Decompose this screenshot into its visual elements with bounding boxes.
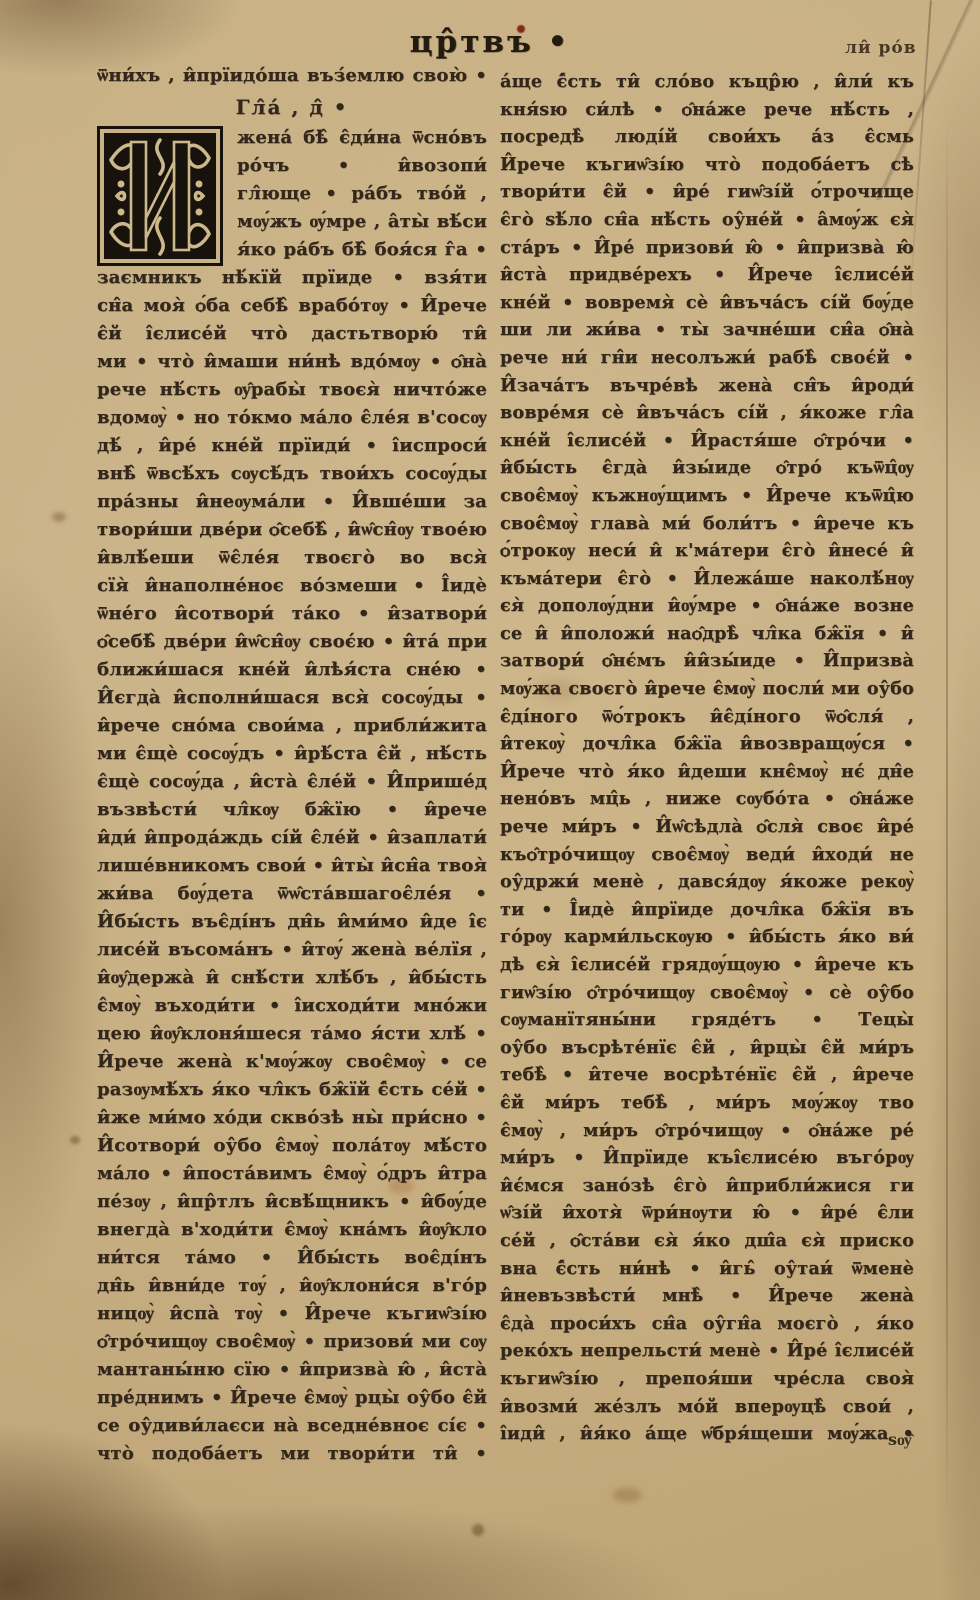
text-line: ми • что̀ и̂маши ни́нѣ вдо́мѹ • ѻ̂на̀ xyxy=(97,348,487,376)
text-line: ста́ръ • И̂ре́ призови́ ю̂ • и̂призва̀ ю… xyxy=(500,234,914,262)
text-line: своє̂мѹ̀ къжнѹ́щимъ • И̂рече къѿц̂ю xyxy=(500,482,914,510)
text-line: ницѹ̀ и̂спа̀ тѹ̀ • И̂рече къгиѡ̂зі́ю xyxy=(97,1300,487,1328)
text-line: нено́въ мц̂ь , ниже сѹбо́та • ѻ̂на́же xyxy=(500,785,914,813)
text-line: вдомѹ̀ • но то́кмо ма́ло є̂ле́я в'сосѹ xyxy=(97,404,487,432)
text-line: И̂рече жена̀ к'мѹ́жѹ своє̂мѹ̀ • се оу̂бо xyxy=(97,1048,487,1076)
text-line: дѣ єя̀ і̂єлисе́й грядѹ́щѹю • и̂рече къ xyxy=(500,951,914,979)
text-line: вовре́мя сѐ и̂въча́съ сі́й , я́коже гл̂а xyxy=(500,399,914,427)
text-line: И̂бы́сть въє̂ді́нъ дн̂ь и̂ми́мо и̂де і̂є xyxy=(97,908,487,936)
text-line: жи́ва бѹ́дета ѿѡ̂ста́вшагоє̂ле́я • xyxy=(97,880,487,908)
text-line: се оу̂диви́лаєси на̀ вседне́вноє сі́є • xyxy=(97,1412,487,1440)
text-line: и̂текѹ̀ дочл̂ка бж̂їа и̂возвращѹ́ся • xyxy=(500,730,914,758)
text-line: і̂иди̂ , и̂я́ко а́ще ѡ̂бря́щеши мѹ́жа • xyxy=(500,1420,914,1448)
paper-stain xyxy=(70,1136,80,1144)
text-line: ближи́шася кне́й и̂лѣя́ста сне́ю • xyxy=(97,656,487,684)
text-line: внѣ̂ ѿвсѣ́хъ сѹсѣ́дъ твои́хъ сосѹ́ды xyxy=(97,460,487,488)
text-line: ни́тся та́мо • И̂бы́сть воє̂ді́нъ xyxy=(97,1244,487,1272)
text-line: реко́хъ непрельсти́ менѐ • И̂ре́ і̂єлисе… xyxy=(500,1337,914,1365)
text-line: и̂ѹ̂держа̀ и̂ снѣ́сти хлѣ́бъ , и̂бы́сть xyxy=(97,964,487,992)
text-line: разѹмѣ́хъ я́ко чл̂къ бж̂їй є̂́сть се́й • xyxy=(97,1076,487,1104)
text-line: рече нѣ́сть ѹ̂рабы̀ твоєя̀ ничто́же xyxy=(97,376,487,404)
left-column-lines: заємникъ нѣ́кїй прїиде • взя́тисн̂а моя̀… xyxy=(97,264,487,1468)
text-line: є̂щѐ сосѹ́да , и̂ста̀ є̂ле́й • И̂прише́д xyxy=(97,768,487,796)
text-line: рече ми́ръ • И̂ѡ̂сѣдла̀ ѻ̂сля̀ своє и̂ре… xyxy=(500,813,914,841)
text-line: ѡ̂зі́й и̂хотя̀ ѿри́нѹти ю̂ • и̂ре́ є̂ли xyxy=(500,1199,914,1227)
text-line: дн̂ь и̂вни́де тѹ́ , и̂ѹ̂клони́ся в'го́р xyxy=(97,1272,487,1300)
dropcap-paragraph: жена́ бѣ̂ є̂ди́на ѿсно́въ проро́чъ • и̂в… xyxy=(97,124,487,264)
paper-crease xyxy=(946,120,948,1520)
text-line: мѹ́жъ ѹ́мре , а̂ты̀ вѣ́си xyxy=(237,208,487,236)
text-line: гл̂юще • ра́бъ тво́й , а̂мо́й xyxy=(237,180,487,208)
text-line: что̀ подоба́етъ ми твори́ти ти̂ • xyxy=(97,1440,487,1468)
text-line: възвѣсти́ чл̂кѹ бж̂їю • и̂рече є̂лисе́й xyxy=(97,796,487,824)
text-line: тебѣ̀ • и̂тече восрѣте́нїє є̂й , и̂рече xyxy=(500,1061,914,1089)
text-line: кне́й • вовремя̀ сѐ и̂въча́съ сі́й бѹ́де xyxy=(500,289,914,317)
text-line: пе́зѹ , и̂пр̂тлъ и̂свѣ́щникъ • и̂бѹ́де xyxy=(97,1188,487,1216)
text-line: и̂ста̀ придве́рехъ • И̂рече і̂єлисе́й xyxy=(500,261,914,289)
text-line: оу̂држи́ менѐ , дався́дѹ я́коже рекѹ̀ xyxy=(500,868,914,896)
text-line: ши ли жи́ва • ты̀ зачне́ши сн̂а ѻ̂на̀ xyxy=(500,316,914,344)
text-line: сн̂а моя̀ ѻ́ба себѣ̂ врабо́тѹ • И̂рече xyxy=(97,292,487,320)
text-line: внегда̀ в'ходи́ти є̂мѹ̀ кна́мъ и̂ѹ̂кло xyxy=(97,1216,487,1244)
text-line: є̂мѹ̀ въходи́ти • і̂исходи́ти мно́жи xyxy=(97,992,487,1020)
text-line: ѻ̂тро́чищѹ своє̂мѹ̀ • призови́ ми сѹ xyxy=(97,1328,487,1356)
text-line: ми́ръ • И̂прїиде къі̂єлисе́ю въго́рѹ xyxy=(500,1144,914,1172)
text-line: и̂возми́ же́злъ мо́й вперѹцѣ̀ свои́ , xyxy=(500,1393,914,1421)
text-line: и̂же ми́мо хо́ди скво́зѣ ны̀ при́сно • xyxy=(97,1104,487,1132)
text-line: своє̂мѹ̀ глава̀ ми́ боли́тъ • и̂рече къ xyxy=(500,510,914,538)
text-line: я́ко ра́бъ бѣ̂ боя́ся г̂а • и̂ xyxy=(237,236,487,264)
text-line: мантаны́ню сїю • и̂призва̀ ю̂ , и̂ста̀ xyxy=(97,1356,487,1384)
text-line: твори́ши две́ри ѻ̂себѣ̂ , и̂ѡ̂сн̂ѹ твое́… xyxy=(97,516,487,544)
text-line: є̂да̀ проси́хъ сн̂а оу̂гн̂а моєго̀ , я́к… xyxy=(500,1310,914,1338)
text-line: посредѣ̀ люді́й свои́хъ а́з є̂смь живѹ́щ… xyxy=(500,123,914,151)
running-title: цр̂твъ • xyxy=(0,24,980,60)
text-line: и̂невъзвѣсти́ мнѣ̀ • И̂рече жена̀ xyxy=(500,1282,914,1310)
text-line: се и̂ и̂положи́ наѻ̂дрѣ̀ чл̂ка бж̂їя • и… xyxy=(500,620,914,648)
opening-line: ѿни́хъ , и̂прїидо́ша въз́емлю свою̀ • xyxy=(97,62,487,90)
text-line: заємникъ нѣ́кїй прїиде • взя́ти xyxy=(97,264,487,292)
paper-stain xyxy=(52,512,66,522)
text-line: є̂й і̂єлисе́й что̀ дастьтворю́ ти̂ повѣ́… xyxy=(97,320,487,348)
text-line: се́й , ѻ̂ста́ви єя̀ я́ко дш̂а єя̀ приско xyxy=(500,1227,914,1255)
text-line: гиѡ̂зі́ю ѻ̂тро́чищѹ своє̂мѹ̀ • сѐ оу̂бо xyxy=(500,979,914,1007)
text-line: И̂рече къгиѡ̂зі́ю что̀ подоба́етъ сѣ xyxy=(500,151,914,179)
text-line: къѻ̂тро́чищѹ своє̂мѹ̀ веди́ и̂ходи́ не xyxy=(500,841,914,869)
text-line: ми є̂щѐ сосѹ́дъ • и̂рѣ́ста є̂й , нѣ́сть xyxy=(97,740,487,768)
text-line: дѣ́ , и̂ре́ кне́й прїиди́ • і̂испроси́ с… xyxy=(97,432,487,460)
chapter-heading: Гл̂а́ , д̂ • xyxy=(97,90,487,124)
text-line: къгиѡ̂зі́ю , препоя́ши чре́сла своя̀ xyxy=(500,1365,914,1393)
text-line: оу̂бо въсрѣте́нїє є̂й , и̂рцы̀ є̂й ми́ръ xyxy=(500,1034,914,1062)
catchword: ѕѹ̂ xyxy=(888,1430,912,1450)
text-line: ѿне́го и̂сотвори́ та́ко • и̂затвори́ xyxy=(97,600,487,628)
text-line: жена́ бѣ̂ є̂ди́на ѿсно́въ про xyxy=(237,124,487,152)
text-line: лише́вникомъ свои́ • и̂ты̀ и̂сн̂а твоя̀ xyxy=(97,852,487,880)
text-line: и̂є́мся зано́зѣ є̂го̀ и̂прибли́жися ги xyxy=(500,1172,914,1200)
text-line: лисе́й въсома́нъ • и̂тѹ́ жена̀ ве́лїя , xyxy=(97,936,487,964)
text-line: єя̀ дополѹ́дни и̂ѹ́мре • ѻ̂на́же возне xyxy=(500,592,914,620)
book-page: цр̂твъ • ли̂ ро́в ѿни́хъ , и̂прїидо́ша в… xyxy=(0,0,980,1600)
text-line: є̂ді́ного ѿѻ́трокъ и̂є̂ді́ного ѿѻ̂сля́ , xyxy=(500,703,914,731)
left-column: ѿни́хъ , и̂прїидо́ша въз́емлю свою̀ • Гл… xyxy=(97,62,487,1468)
text-line: а́ще є̂́сть ти̂ сло́во къцр̂ю , и̂ли́ къ xyxy=(500,68,914,96)
paper-stain xyxy=(612,1488,642,1502)
text-line: цею и̂ѹ̂клоня́шеся та́мо я́сти хлѣ́ • xyxy=(97,1020,487,1048)
text-line: є̂мѹ̀ , ми́ръ ѻ̂тро́чищѹ • ѻ̂на́же ре́ xyxy=(500,1117,914,1145)
paper-stain xyxy=(472,1524,484,1536)
text-line: ѻ́трокѹ неси́ и̂ к'ма́тери є̂го̀ и̂несе́… xyxy=(500,537,914,565)
right-column-lines: а́ще є̂́сть ти̂ сло́во къцр̂ю , и̂ли́ къ… xyxy=(500,68,914,1448)
text-line: И̂єгда̀ и̂сполни́шася вся̀ сосѹ́ды • xyxy=(97,684,487,712)
text-line: И̂рече что̀ я́ко и̂деши кнє̂мѹ̀ нє́ дн̂е xyxy=(500,758,914,786)
text-line: є̂го̀ ѕѣ́ло сн̂а нѣ́сть оу̂не́й • а̂мѹ́ж… xyxy=(500,206,914,234)
text-line: сїя̀ и̂наполне́ноє во́змеши • І̂идѐ xyxy=(97,572,487,600)
text-line: ѻ̂себѣ̂ две́ри и̂ѡ̂сн̂ѹ своє́ю • и̂та́ п… xyxy=(97,628,487,656)
text-line: кне́й і̂єлисе́й • И̂растя́ше ѻ̂тро́чи • xyxy=(500,427,914,455)
text-line: рече ни́ гн̂и несолъжи́ рабѣ̀ своє́й • xyxy=(500,344,914,372)
text-line: є̂й ми́ръ тебѣ̀ , ми́ръ мѹ́жѹ тво xyxy=(500,1089,914,1117)
text-line: вна є̂́сть ни́нѣ • и̂гь̂ оу̂таи́ ѿменѐ xyxy=(500,1255,914,1283)
text-line: и̂ди́ и̂прода́ждь сі́й є̂ле́й • и̂заплат… xyxy=(97,824,487,852)
text-line: ро́чъ • и̂возопи́ къє̂лисе́єви xyxy=(237,152,487,180)
text-line: и̂влѣ́еши ѿє̂ле́я твоєго̀ во вся̀ сосѹ́д… xyxy=(97,544,487,572)
text-line: го́рѹ карми́льскѹю • и̂бы́сть я́ко ви́ xyxy=(500,923,914,951)
folio-mark: ли̂ ро́в xyxy=(845,38,965,58)
text-line: пра́зны и̂неѹма́ли • И̂вше́ши за xyxy=(97,488,487,516)
dropcap-initial-letter xyxy=(97,126,223,266)
text-line: сѹманїтяны́ни гряде́тъ • Тецы̀ xyxy=(500,1006,914,1034)
text-line: пре́днимъ • И̂рече є̂мѹ̀ рцы̀ оу̂бо є̂й … xyxy=(97,1384,487,1412)
text-line: и̂бы́сть є̂гда̀ и̂зы́иде ѻ̂тро́ къѿц̂ѹ xyxy=(500,454,914,482)
text-line: ма́ло • и̂поста́вимъ є̂мѹ̀ ѻ́дръ и̂тра xyxy=(97,1160,487,1188)
text-line: твори́ти є̂й • и̂ре́ гиѡ̂зі́й ѻ́трочище xyxy=(500,178,914,206)
text-line: къма́тери є̂го̀ • И̂лежа́ше наколѣ́нѹ xyxy=(500,565,914,593)
text-line: И̂сотвори́ оу̂бо є̂мѹ̀ пола́тѹ мѣ́сто xyxy=(97,1132,487,1160)
text-line: ти • І̂идѐ и̂прїиде дочл̂ка бж̂їя въ xyxy=(500,896,914,924)
text-line: затвори́ ѻ̂нє́мъ и̂и̂зы́иде • И̂призва̀ xyxy=(500,647,914,675)
text-line: мѹ́жа своєго̀ и̂рече є̂мѹ̀ посли́ ми оу̂… xyxy=(500,675,914,703)
text-line: кня́ѕю си́лѣ • ѻ̂на́же рече нѣ́сть , xyxy=(500,96,914,124)
text-line: и̂рече сно́ма свои́ма , прибли́жита xyxy=(97,712,487,740)
text-line: И̂зача́тъ въчре́вѣ жена̀ сн̂ъ и̂роди́ xyxy=(500,372,914,400)
right-column: а́ще є̂́сть ти̂ сло́во къцр̂ю , и̂ли́ къ… xyxy=(500,68,914,1448)
